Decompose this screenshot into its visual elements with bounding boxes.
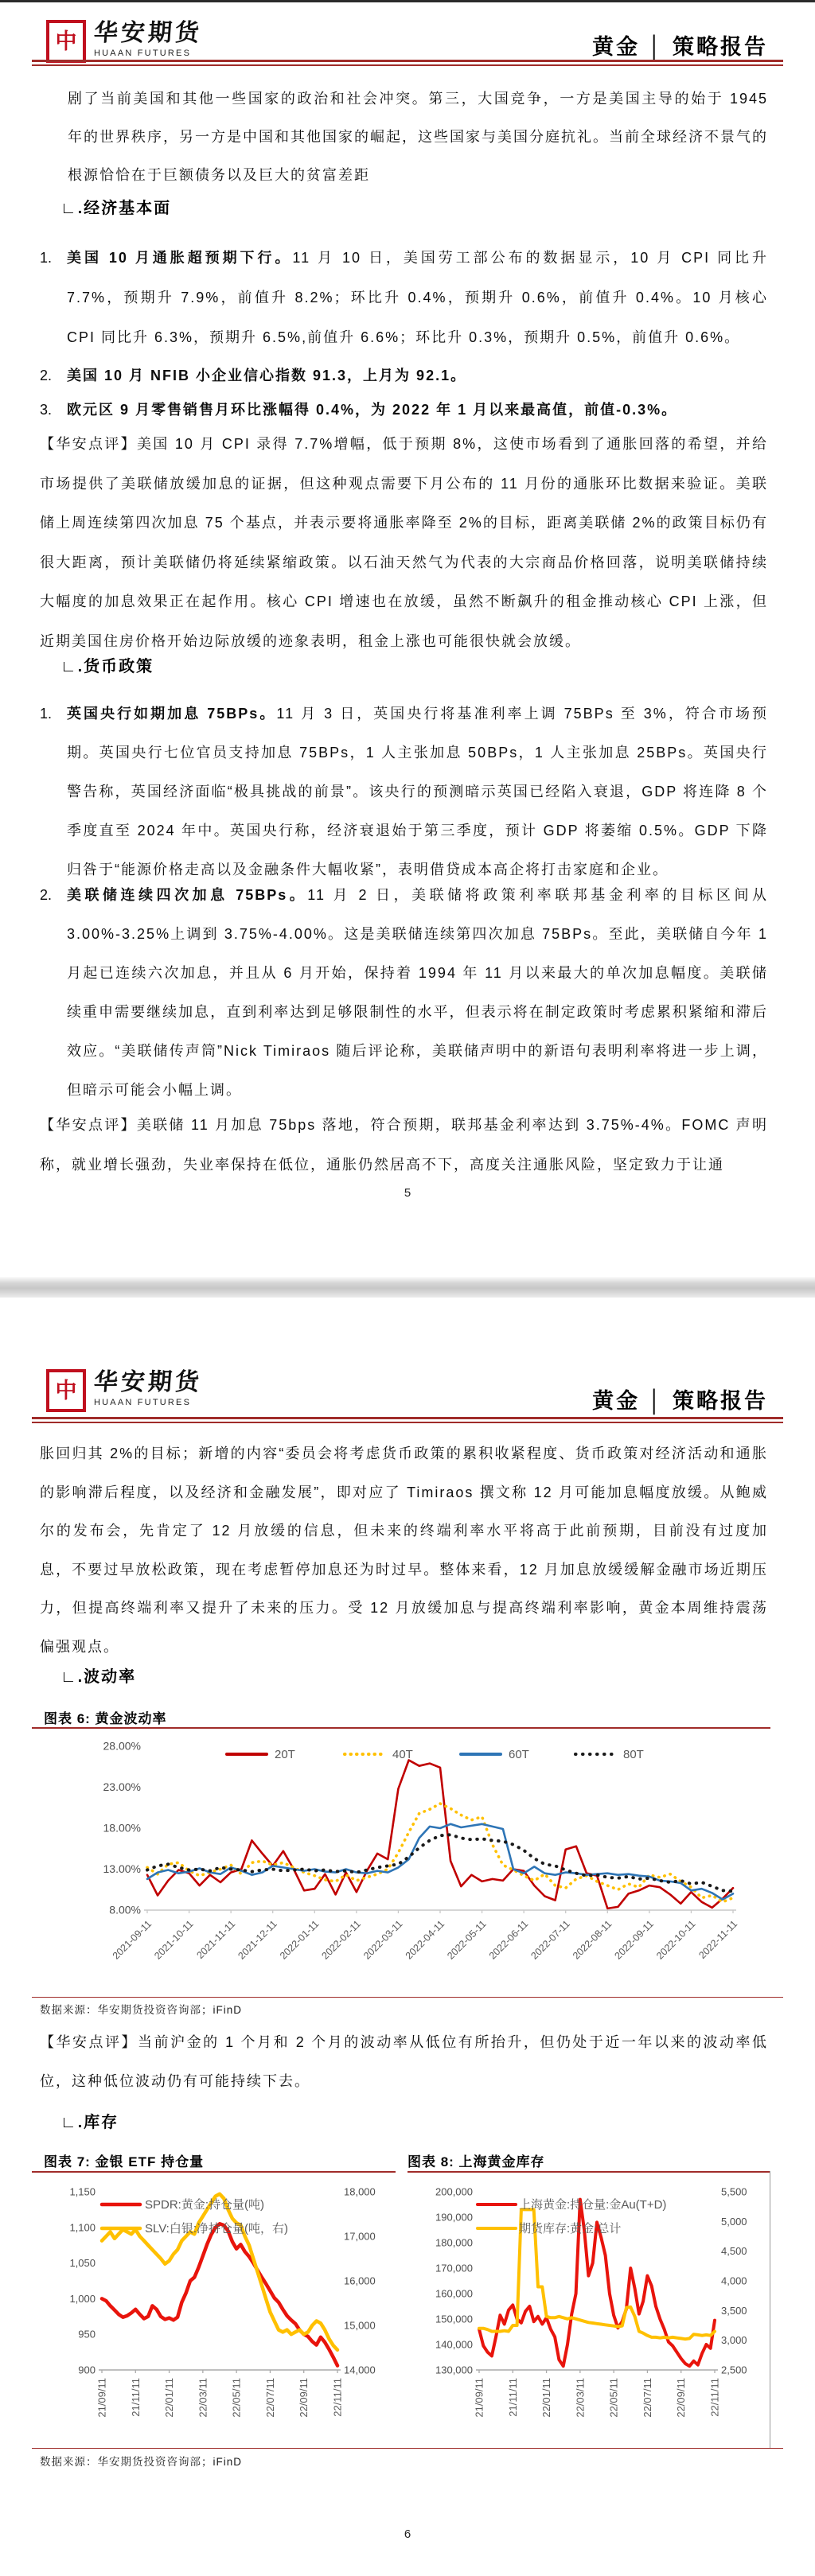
list-item-lead: 欧元区 9 月零售销售月环比涨幅得 0.4%，为 2022 年 1 月以来最高值…	[67, 402, 677, 418]
logo-english-name: HUAAN FUTURES	[94, 1398, 202, 1407]
list-item: 2. 美联储连续四次加息 75BPs。11 月 2 日，美联储将政策利率联邦基金…	[40, 876, 768, 1111]
huaan-seal-icon: 中	[46, 20, 86, 63]
svg-text:2022-01-11: 2022-01-11	[278, 1918, 321, 1961]
svg-text:60T: 60T	[509, 1748, 529, 1761]
figure-bottom-rule	[32, 1997, 783, 1998]
svg-text:1,050: 1,050	[69, 2257, 96, 2269]
section-heading-volatility: ∟.波动率	[60, 1664, 136, 1687]
header-report-title: 黄金 │ 策略报告	[592, 29, 768, 60]
svg-text:40T: 40T	[392, 1748, 413, 1761]
page-number: 6	[0, 2527, 815, 2541]
svg-text:28.00%: 28.00%	[103, 1740, 141, 1753]
svg-text:200,000: 200,000	[435, 2186, 473, 2198]
header-rule-thick	[32, 1417, 783, 1419]
list-number: 1.	[40, 695, 67, 891]
list-item: 3. 欧元区 9 月零售销售月环比涨幅得 0.4%，为 2022 年 1 月以来…	[40, 390, 768, 430]
svg-text:SPDR:黄金:持仓量(吨): SPDR:黄金:持仓量(吨)	[145, 2197, 264, 2212]
svg-text:22/03/11: 22/03/11	[574, 2378, 586, 2418]
svg-text:14,000: 14,000	[344, 2364, 376, 2376]
svg-text:18.00%: 18.00%	[103, 1822, 141, 1835]
continuation-paragraph: 胀回归其 2%的目标；新增的内容“委员会将考虑货币政策的累积收紧程度、货币政策对…	[40, 1434, 768, 1667]
figure-7-caption: 图表 7: 金银 ETF 持仓量	[44, 2150, 204, 2170]
gold-volatility-chart: 2021-09-112021-10-112021-11-112021-12-11…	[44, 1734, 768, 1988]
svg-text:2021-09-11: 2021-09-11	[111, 1918, 154, 1961]
list-item-lead: 美联储连续四次加息 75BPs。	[67, 887, 307, 903]
svg-text:180,000: 180,000	[435, 2237, 473, 2249]
svg-text:3,500: 3,500	[721, 2305, 747, 2317]
svg-text:22/03/11: 22/03/11	[197, 2378, 209, 2418]
list-number: 2.	[40, 876, 67, 1111]
list-number: 1.	[40, 238, 67, 360]
figure-8-caption: 图表 8: 上海黄金库存	[407, 2150, 545, 2170]
document-canvas: 中 华安期货 HUAAN FUTURES 黄金 │ 策略报告 剧了当前美国和其他…	[0, 0, 815, 2576]
svg-text:22/09/11: 22/09/11	[298, 2378, 310, 2418]
header-report-title: 黄金 │ 策略报告	[592, 1383, 768, 1414]
svg-text:22/11/11: 22/11/11	[332, 2378, 344, 2417]
svg-text:23.00%: 23.00%	[103, 1780, 141, 1793]
huaan-logo: 中 华安期货 HUAAN FUTURES	[46, 1369, 202, 1412]
huaan-logo: 中 华安期货 HUAAN FUTURES	[46, 20, 202, 63]
svg-text:2021-12-11: 2021-12-11	[236, 1918, 279, 1961]
analyst-comment: 【华安点评】美国 10 月 CPI 录得 7.7%增幅，低于预期 8%，这使市场…	[40, 425, 768, 663]
figure-rule	[32, 1727, 770, 1729]
page-separator	[0, 1277, 815, 1298]
svg-text:21/11/11: 21/11/11	[507, 2378, 519, 2417]
svg-text:期货库存:黄金:总计: 期货库存:黄金:总计	[519, 2221, 621, 2236]
svg-text:2022-07-11: 2022-07-11	[528, 1918, 571, 1961]
svg-text:3,000: 3,000	[721, 2334, 747, 2346]
analyst-comment: 【华安点评】当前沪金的 1 个月和 2 个月的波动率从低位有所抬升，但仍处于近一…	[40, 2023, 768, 2103]
list-item-text: 11 月 2 日，美联储将政策利率联邦基金利率的目标区间从 3.00%-3.25…	[67, 887, 768, 1098]
svg-text:190,000: 190,000	[435, 2212, 473, 2224]
list-item: 1. 英国央行如期加息 75BPs。11 月 3 日，英国央行将基准利率上调 7…	[40, 695, 768, 891]
header-rule-thin	[32, 1422, 783, 1423]
svg-text:22/01/11: 22/01/11	[540, 2378, 552, 2418]
svg-text:950: 950	[78, 2329, 96, 2341]
figure-6-caption: 图表 6: 黄金波动率	[44, 1707, 167, 1727]
svg-text:22/05/11: 22/05/11	[231, 2378, 243, 2418]
svg-text:2021-10-11: 2021-10-11	[152, 1918, 195, 1961]
svg-text:2022-05-11: 2022-05-11	[445, 1918, 488, 1961]
svg-text:16,000: 16,000	[344, 2275, 376, 2287]
svg-text:900: 900	[78, 2364, 96, 2376]
list-item: 1. 美国 10 月通胀超预期下行。11 月 10 日，美国劳工部公布的数据显示…	[40, 238, 768, 360]
data-source-note: 数据来源：华安期货投资咨询部；iFinD	[40, 2453, 242, 2469]
gold-silver-etf-chart: 21/09/1121/11/1122/01/1122/03/1122/05/11…	[40, 2181, 398, 2445]
svg-text:170,000: 170,000	[435, 2263, 473, 2274]
svg-text:20T: 20T	[275, 1748, 295, 1761]
logo-english-name: HUAAN FUTURES	[94, 49, 202, 58]
figure-bottom-rule	[32, 2448, 783, 2449]
svg-text:2021-11-11: 2021-11-11	[194, 1918, 237, 1961]
svg-text:2022-02-11: 2022-02-11	[320, 1918, 363, 1961]
page-1: 中 华安期货 HUAAN FUTURES 黄金 │ 策略报告 剧了当前美国和其他…	[0, 2, 815, 1277]
svg-text:22/01/11: 22/01/11	[163, 2378, 175, 2418]
section-heading-monetary: ∟.货币政策	[60, 653, 154, 676]
logo-chinese-name: 华安期货	[93, 1369, 203, 1396]
svg-text:2022-04-11: 2022-04-11	[404, 1918, 446, 1961]
svg-text:130,000: 130,000	[435, 2364, 473, 2376]
list-item-text: 11 月 3 日，英国央行将基准利率上调 75BPs 至 3%，符合市场预期。英…	[67, 706, 768, 877]
list-item-lead: 美国 10 月 NFIB 小企业信心指数 91.3，上月为 92.1。	[67, 368, 466, 383]
svg-text:80T: 80T	[623, 1748, 644, 1761]
svg-text:140,000: 140,000	[435, 2339, 473, 2351]
svg-text:15,000: 15,000	[344, 2320, 376, 2332]
svg-text:8.00%: 8.00%	[109, 1904, 141, 1916]
logo-chinese-name: 华安期货	[93, 20, 203, 47]
header-rule-thin	[32, 64, 783, 66]
svg-text:上海黄金:持仓量:金Au(T+D): 上海黄金:持仓量:金Au(T+D)	[519, 2197, 666, 2212]
svg-text:160,000: 160,000	[435, 2288, 473, 2300]
list-item-lead: 英国央行如期加息 75BPs。	[67, 706, 276, 722]
svg-text:21/09/11: 21/09/11	[96, 2378, 108, 2418]
data-source-note: 数据来源：华安期货投资咨询部；iFinD	[40, 2001, 242, 2017]
svg-text:2022-08-11: 2022-08-11	[571, 1918, 614, 1961]
svg-text:2022-10-11: 2022-10-11	[654, 1918, 697, 1961]
svg-text:1,000: 1,000	[69, 2293, 96, 2305]
svg-text:2022-11-11: 2022-11-11	[696, 1918, 739, 1961]
svg-text:22/07/11: 22/07/11	[264, 2378, 276, 2418]
seal-glyph: 中	[56, 1380, 77, 1402]
svg-text:5,000: 5,000	[721, 2216, 747, 2228]
svg-text:22/07/11: 22/07/11	[641, 2378, 653, 2418]
shanghai-gold-inventory-chart: 21/09/1121/11/1122/01/1122/03/1122/05/11…	[407, 2181, 772, 2445]
svg-text:1,150: 1,150	[69, 2186, 96, 2198]
analyst-comment: 【华安点评】美联储 11 月加息 75bps 落地，符合预期，联邦基金利率达到 …	[40, 1105, 768, 1187]
section-heading-inventory: ∟.库存	[60, 2109, 119, 2132]
figure-rule	[32, 2171, 396, 2173]
svg-text:SLV:白银:净持仓量(吨，右): SLV:白银:净持仓量(吨，右)	[145, 2222, 288, 2236]
list-number: 3.	[40, 390, 67, 430]
svg-text:2022-06-11: 2022-06-11	[487, 1918, 530, 1961]
figure-rule	[407, 2171, 770, 2173]
figure-right-border	[770, 2171, 770, 2449]
svg-text:13.00%: 13.00%	[103, 1862, 141, 1875]
svg-text:1,100: 1,100	[69, 2221, 96, 2233]
huaan-seal-icon: 中	[46, 1369, 86, 1412]
list-item-lead: 美国 10 月通胀超预期下行。	[67, 250, 292, 266]
svg-text:2022-03-11: 2022-03-11	[361, 1918, 404, 1961]
svg-text:4,000: 4,000	[721, 2275, 747, 2287]
svg-text:150,000: 150,000	[435, 2313, 473, 2325]
svg-text:5,500: 5,500	[721, 2186, 747, 2198]
svg-text:18,000: 18,000	[344, 2186, 376, 2198]
header-rule-thick	[32, 60, 783, 62]
page-number: 5	[0, 1186, 815, 1200]
intro-paragraph: 剧了当前美国和其他一些国家的政治和社会冲突。第三，大国竞争，一方是美国主导的始于…	[68, 80, 768, 199]
svg-text:21/09/11: 21/09/11	[474, 2378, 485, 2418]
page-2: 中 华安期货 HUAAN FUTURES 黄金 │ 策略报告 胀回归其 2%的目…	[0, 1298, 815, 2576]
svg-text:2,500: 2,500	[721, 2364, 747, 2376]
svg-text:21/11/11: 21/11/11	[130, 2378, 142, 2417]
seal-glyph: 中	[56, 31, 77, 53]
svg-text:22/11/11: 22/11/11	[709, 2378, 721, 2417]
svg-text:4,500: 4,500	[721, 2245, 747, 2257]
svg-text:22/05/11: 22/05/11	[608, 2378, 620, 2418]
svg-text:22/09/11: 22/09/11	[675, 2378, 687, 2418]
svg-text:17,000: 17,000	[344, 2231, 376, 2243]
section-heading-economy: ∟.经济基本面	[60, 195, 171, 218]
svg-text:2022-09-11: 2022-09-11	[613, 1918, 656, 1961]
